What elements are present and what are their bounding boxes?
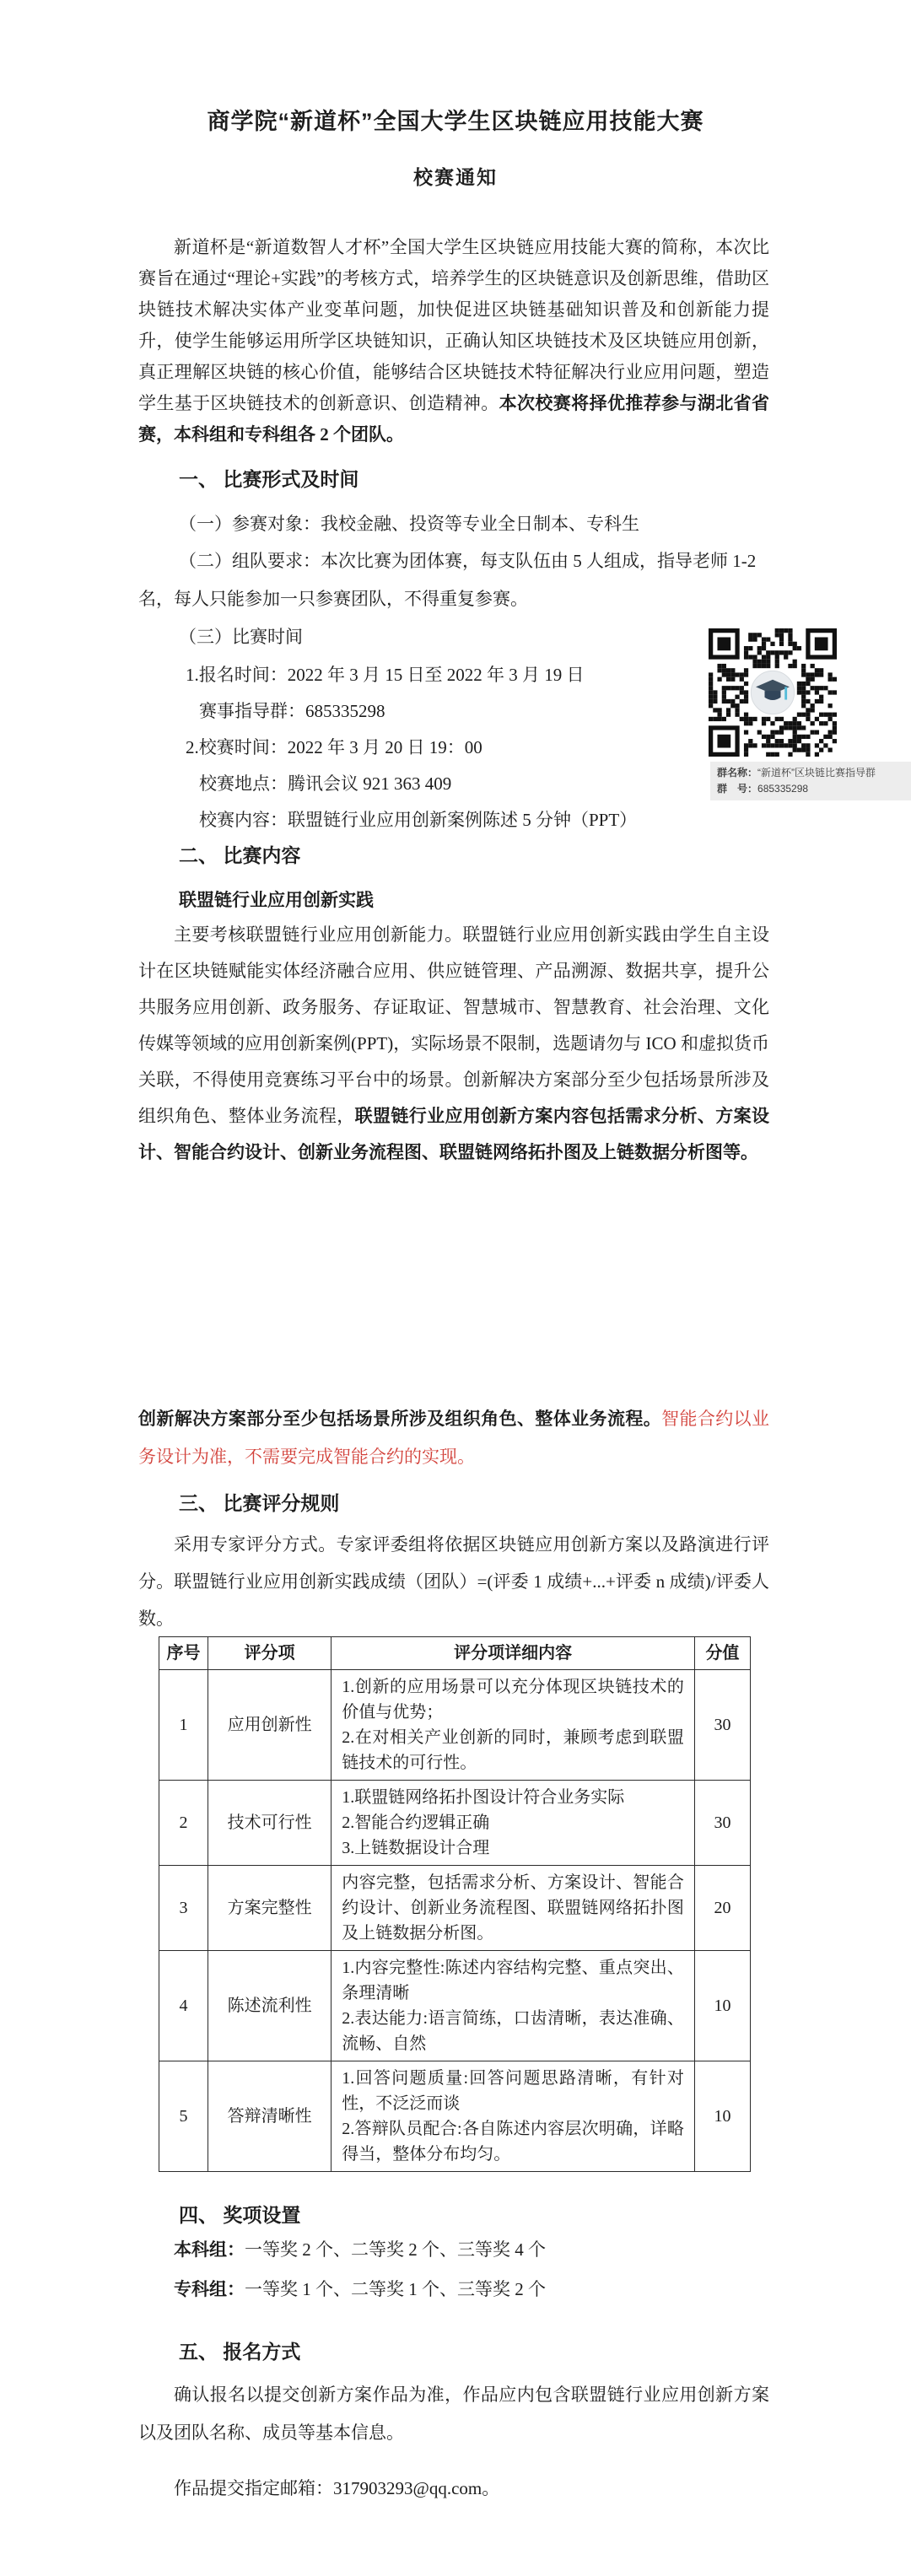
row-detail: 1.回答问题质量:回答问题思路清晰，有针对性，不泛泛而谈 2.答辩队员配合:各自… [332,2061,695,2172]
row-item: 答辩清晰性 [208,2061,332,2172]
award-undergraduate: 本科组：一等奖 2 个、二等奖 2 个、三等奖 4 个 [138,2231,769,2269]
row-no: 3 [159,1866,208,1951]
section4-heading: 四、 奖项设置 [138,2201,769,2229]
section2-text: 主要考核联盟链行业应用创新能力。联盟链行业应用创新实践由学生自主设计在区块链赋能… [138,924,769,1126]
row-score: 30 [694,1781,750,1866]
row-score: 30 [694,1670,750,1781]
row-score: 10 [694,2061,750,2172]
doc-title: 商学院“新道杯”全国大学生区块链应用技能大赛 [0,103,911,136]
section1-item-participants: （一）参赛对象：我校金融、投资等专业全日制本、专科生 [138,505,769,543]
intro-paragraph: 新道杯是“新道数智人才杯”全国大学生区块链应用技能大赛的简称，本次比赛旨在通过“… [138,232,769,450]
header-item: 评分项 [208,1637,332,1670]
graduation-cap-icon [751,671,794,714]
row-detail: 1.创新的应用场景可以充分体现区块链技术的价值与优势； 2.在对相关产业创新的同… [332,1670,695,1781]
award-college-text: 一等奖 1 个、二等奖 1 个、三等奖 2 个 [245,2279,546,2299]
row-score: 20 [694,1866,750,1951]
schedule-competition-place: 校赛地点：腾讯会议 921 363 409 [138,765,769,803]
row-no: 2 [159,1781,208,1866]
header-no: 序号 [159,1637,208,1670]
award-undergraduate-label: 本科组： [174,2240,245,2260]
table-header-row: 序号 评分项 评分项详细内容 分值 [159,1637,751,1670]
header-score: 分值 [694,1637,750,1670]
row-detail: 1.联盟链网络拓扑图设计符合业务实际 2.智能合约逻辑正确 3.上链数据设计合理 [332,1781,695,1866]
document-page: 商学院“新道杯”全国大学生区块链应用技能大赛 校赛通知 新道杯是“新道数智人才杯… [0,0,911,2576]
table-row: 5 答辩清晰性 1.回答问题质量:回答问题思路清晰，有针对性，不泛泛而谈 2.答… [159,2061,751,2172]
section3-paragraph: 采用专家评分方式。专家评委组将依据区块链应用创新方案以及路演进行评分。联盟链行业… [138,1526,769,1637]
row-no: 4 [159,1951,208,2061]
table-row: 2 技术可行性 1.联盟链网络拓扑图设计符合业务实际 2.智能合约逻辑正确 3.… [159,1781,751,1866]
schedule-competition-time: 2.校赛时间：2022 年 3 月 20 日 19：00 [138,729,769,767]
row-item: 陈述流利性 [208,1951,332,2061]
section1-item-team-rules: （二）组队要求：本次比赛为团体赛，每支队伍由 5 人组成，指导老师 1-2名，每… [138,542,769,618]
lower-content: 序号 评分项 评分项详细内容 分值 1 应用创新性 1.创新的应用场景可以充分体… [138,1636,769,2525]
award-undergraduate-text: 一等奖 2 个、二等奖 2 个、三等奖 4 个 [245,2239,546,2260]
qq-group-number-line: 群 号：685335298 [717,781,911,797]
row-score: 10 [694,1951,750,2061]
section2-heading: 二、 比赛内容 [138,841,769,870]
schedule-guidance-group: 赛事指导群：685335298 [138,693,769,730]
row-detail: 内容完整，包括需求分析、方案设计、智能合约设计、创新业务流程图、联盟链网络拓扑图… [332,1866,695,1951]
qq-group-caption: 群名称：“新道杯”区块链比赛指导群 群 号：685335298 [710,762,911,800]
schedule-registration-time: 1.报名时间：2022 年 3 月 15 日至 2022 年 3 月 19 日 [138,656,769,694]
row-item: 应用创新性 [208,1670,332,1781]
submission-email-line: 作品提交指定邮箱：317903293@qq.com。 [138,2470,769,2508]
table-row: 4 陈述流利性 1.内容完整性:陈述内容结构完整、重点突出、条理清晰 2.表达能… [159,1951,751,2061]
scoring-table: 序号 评分项 评分项详细内容 分值 1 应用创新性 1.创新的应用场景可以充分体… [159,1636,751,2172]
award-college: 专科组：一等奖 1 个、二等奖 1 个、三等奖 2 个 [138,2271,769,2309]
row-detail: 1.内容完整性:陈述内容结构完整、重点突出、条理清晰 2.表达能力:语言简练，口… [332,1951,695,2061]
section1-heading: 一、 比赛形式及时间 [138,465,769,493]
schedule-competition-content: 校赛内容：联盟链行业应用创新案例陈述 5 分钟（PPT） [138,801,769,839]
table-row: 3 方案完整性 内容完整，包括需求分析、方案设计、智能合约设计、创新业务流程图、… [159,1866,751,1951]
qr-code [709,628,837,757]
group-name-value: “新道杯”区块链比赛指导群 [757,767,876,779]
note-paragraph: 创新解决方案部分至少包括场景所涉及组织角色、整体业务流程。智能合约以业务设计为准… [138,1400,769,1476]
row-no: 1 [159,1670,208,1781]
award-college-label: 专科组： [174,2280,245,2299]
row-item: 方案完整性 [208,1866,332,1951]
section5-heading: 五、 报名方式 [138,2337,769,2366]
group-name-label: 群名称： [717,767,757,779]
row-item: 技术可行性 [208,1781,332,1866]
section2-subheading: 联盟链行业应用创新实践 [138,881,769,919]
intro-text: 新道杯是“新道数智人才杯”全国大学生区块链应用技能大赛的简称，本次比赛旨在通过“… [138,237,769,413]
section1-item-time: （三）比赛时间 [138,618,769,656]
group-number-value: 685335298 [757,783,808,795]
section3-heading: 三、 比赛评分规则 [138,1489,769,1517]
doc-subtitle: 校赛通知 [0,162,911,190]
group-number-label: 群 号： [717,783,757,795]
qq-group-name-line: 群名称：“新道杯”区块链比赛指导群 [717,765,911,781]
header-detail: 评分项详细内容 [332,1637,695,1670]
table-row: 1 应用创新性 1.创新的应用场景可以充分体现区块链技术的价值与优势； 2.在对… [159,1670,751,1781]
qq-group-card: 群名称：“新道杯”区块链比赛指导群 群 号：685335298 [709,628,911,757]
section5-paragraph: 确认报名以提交创新方案作品为准，作品应内包含联盟链行业应用创新方案以及团队名称、… [138,2376,769,2452]
section2-paragraph: 主要考核联盟链行业应用创新能力。联盟链行业应用创新实践由学生自主设计在区块链赋能… [138,917,769,1171]
row-no: 5 [159,2061,208,2172]
note-black-text: 创新解决方案部分至少包括场景所涉及组织角色、整体业务流程。 [138,1409,661,1429]
